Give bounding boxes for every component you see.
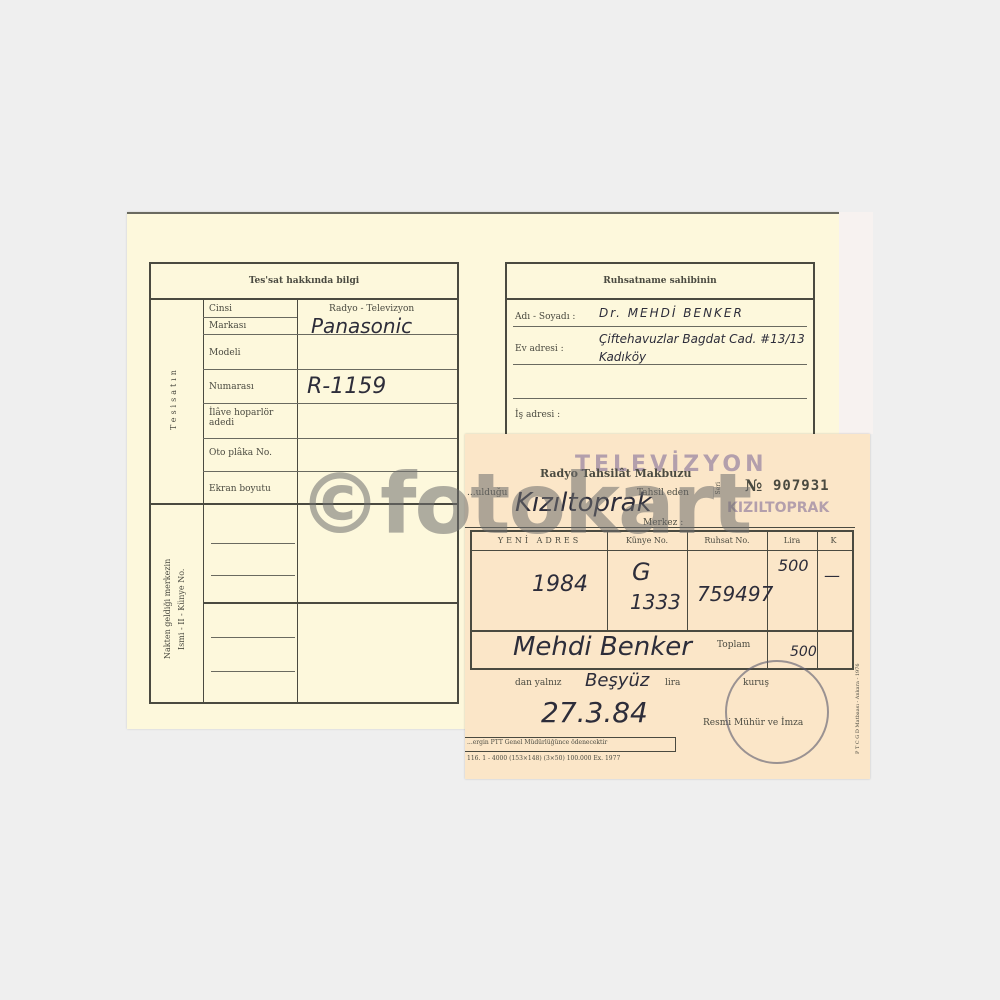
col-lira: Lira [767,532,818,550]
field-label: Ekran boyutu [209,484,271,494]
panel-title: Tes'sat hakkında bilgi [151,264,457,300]
field-label: İş adresi : [515,410,560,420]
lira-label: lira [665,678,680,688]
dan-yalniz-label: dan yalnız [515,678,562,688]
field-value: R-1159 [307,374,386,399]
col-k: K [817,532,850,550]
field-value: Radyo - Televizyon [329,304,414,314]
side-label: Nakten geldiği merkezin [163,534,172,684]
field-value: Çiftehavuzlar Bagdat Cad. #13/13 Kadıköy [599,330,809,366]
field-label: Oto plâka No. [209,448,272,458]
field-label: Ev adresi : [515,344,564,354]
field-label: Modeli [209,348,240,358]
amount-words: Beşyüz [585,670,649,691]
sheet-edge [839,212,873,434]
field-value: Dr. MEHDİ BENKER [599,306,744,320]
payer-name: Mehdi Benker [513,632,692,662]
panel-title: Ruhsatname sahibinin [507,264,813,300]
receipt-number: 907931 [773,478,830,494]
field-label: Adı - Soyadı : [515,312,575,322]
cell-kunye-bottom: 1333 [630,590,681,614]
cell-lira: 500 [778,556,809,575]
toplam-value: 500 [790,644,817,660]
side-print: P T C G D Matbaası - Ankara - 1976 [855,534,861,754]
field-label: Markası [209,321,246,331]
cell-kunye-top: G [632,558,651,586]
toplam-label: Toplam [717,640,750,650]
field-label: Numarası [209,382,254,392]
side-label: İsmi - II - Künye No. [177,534,186,684]
postmark-stamp [725,660,829,764]
cell-ruhsat: 759497 [697,582,773,606]
receipt-date: 27.3.84 [541,696,648,729]
cell-yeni-adres: 1984 [532,572,588,597]
field-label: Cinsi [209,304,232,314]
side-label: Tesisatın [169,324,178,474]
cell-k: — [824,566,840,585]
footer-print: 116. 1 - 4000 (153×148) (3×50) 100.000 E… [467,755,620,762]
license-holder-panel: Ruhsatname sahibinin Adı - Soyadı : Dr. … [505,262,815,438]
watermark: ©fotokart [298,455,750,553]
footer-box-text: ...ergin PTT Genel Müdürlüğünce ödenecek… [467,739,607,746]
field-label: İlâve hoparlör adedi [209,408,289,428]
